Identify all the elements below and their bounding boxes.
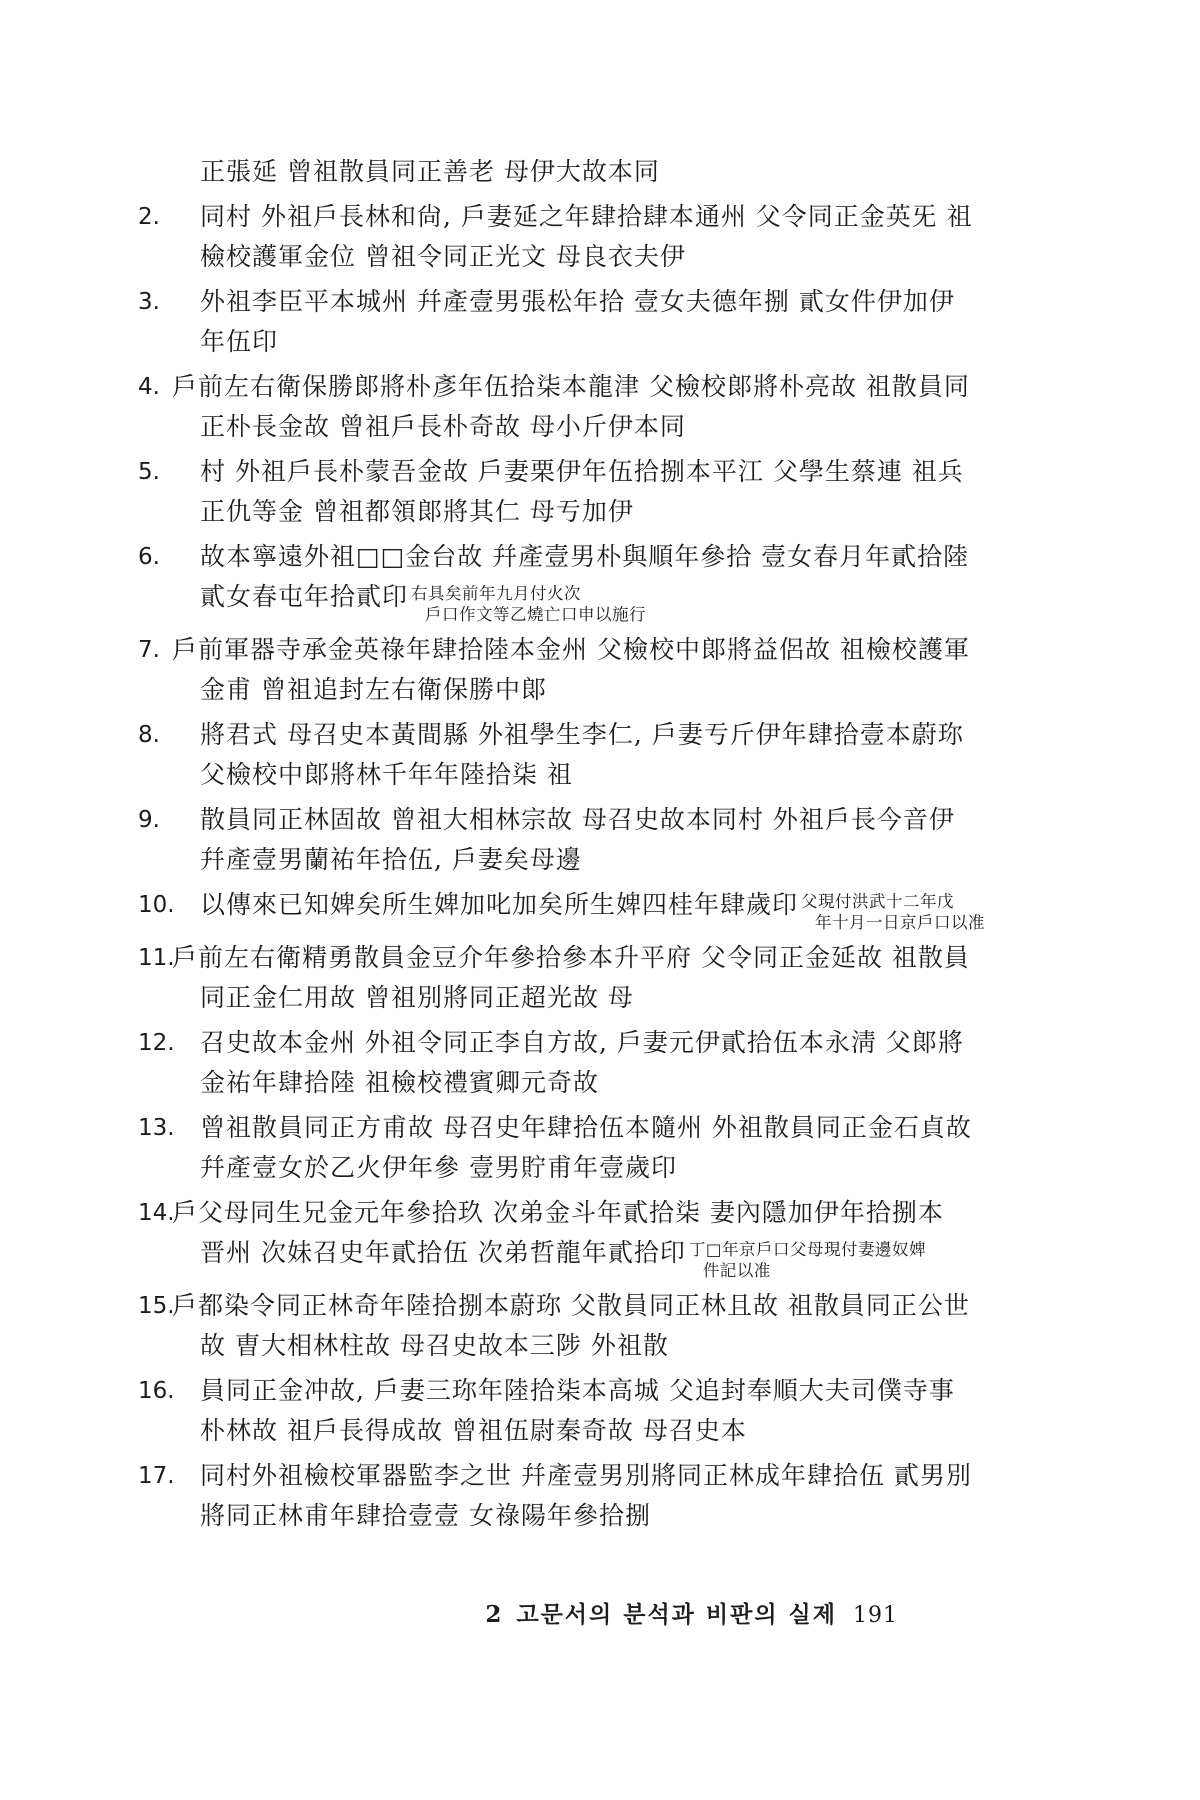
item-line-text: 晋州 次妹召史年貳拾伍 次弟哲龍年貳拾印 — [200, 1238, 686, 1267]
item-lines: 戶前左右衛保勝郞將朴彥年伍拾柒本龍津 父檢校郞將朴亮故 祖散員同正朴長金故 曾祖… — [200, 367, 1200, 447]
annotation-note-line: 右具矣前年九月付火次 — [411, 583, 646, 604]
item-number: 16. — [138, 1371, 175, 1411]
footer-title: 고문서의 분석과 비판의 실제 — [516, 1601, 837, 1628]
item-lines: 故本寧遠外祖□□金台故 幷產壹男朴與順年參拾 壹女春月年貳拾陸貳女春屯年拾貳印右… — [200, 537, 1200, 625]
item-line: 散員同正林固故 曾祖大相林宗故 母召史故本同村 外祖戶長今音伊 — [200, 800, 1200, 840]
annotation-note: 父現付洪武十二年戊年十月一日京戶口以准 — [801, 891, 985, 933]
footer-section-number: 2 — [485, 1601, 502, 1628]
item-number: 14. — [138, 1193, 175, 1233]
item-lines: 戶父母同生兄金元年參拾玖 次弟金斗年貳拾柒 妻內隱加伊年拾捌本晋州 次妹召史年貳… — [200, 1193, 1200, 1281]
list-item: 13. 曾祖散員同正方甫故 母召史年肆拾伍本隨州 外祖散員同正金石貞故幷產壹女於… — [0, 1108, 1200, 1188]
item-line-text: 將君式 母召史本黃間縣 外祖學生李仁, 戶妻亐斤伊年肆拾壹本蔚珎 — [200, 720, 964, 749]
item-line: 正仇等金 曾祖都領郞將其仁 母亐加伊 — [200, 492, 1200, 532]
list-item: 8. 將君式 母召史本黃間縣 外祖學生李仁, 戶妻亐斤伊年肆拾壹本蔚珎父檢校中郞… — [0, 715, 1200, 795]
item-lines: 同村 外祖戶長林和尙, 戶妻延之年肆拾肆本通州 父令同正金英旡 祖檢校護軍金位 … — [200, 197, 1200, 277]
item-line: 朴林故 祖戶長得成故 曾祖伍尉秦奇故 母召史本 — [200, 1411, 1200, 1451]
item-line: 曾祖散員同正方甫故 母召史年肆拾伍本隨州 外祖散員同正金石貞故 — [200, 1108, 1200, 1148]
list-item: 12. 召史故本金州 外祖令同正李自方故, 戶妻元伊貳拾伍本永淸 父郞將金祐年肆… — [0, 1023, 1200, 1103]
list-item: 14. 戶父母同生兄金元年參拾玖 次弟金斗年貳拾柒 妻內隱加伊年拾捌本晋州 次妹… — [0, 1193, 1200, 1281]
item-line-text: 檢校護軍金位 曾祖令同正光文 母良衣夫伊 — [200, 242, 686, 271]
item-number: 7. — [138, 630, 160, 670]
item-number: 17. — [138, 1456, 175, 1496]
item-number: 9. — [138, 800, 160, 840]
list-item: 11. 戶前左右衛精勇散員金豆介年參拾參本升平府 父令同正金延故 祖散員同正金仁… — [0, 938, 1200, 1018]
item-line: 村 外祖戶長朴蒙吾金故 戶妻栗伊年伍拾捌本平江 父學生蔡連 祖兵 — [200, 452, 1200, 492]
item-line-text: 戶前左右衛保勝郞將朴彥年伍拾柒本龍津 父檢校郞將朴亮故 祖散員同 — [172, 372, 970, 401]
item-line-text: 戶前軍器寺承金英祿年肆拾陸本金州 父檢校中郞將益侶故 祖檢校護軍 — [172, 635, 970, 664]
footer-page-number: 191 — [853, 1603, 898, 1628]
item-line: 將同正林甫年肆拾壹壹 女祿陽年參拾捌 — [200, 1496, 1200, 1536]
item-number: 2. — [138, 197, 160, 237]
item-line-text: 金祐年肆拾陸 祖檢校禮賓卿元奇故 — [200, 1068, 599, 1097]
item-number: 13. — [138, 1108, 175, 1148]
list-item: 15. 戶都染令同正林奇年陸拾捌本蔚珎 父散員同正林且故 祖散員同正公世故 曺大… — [0, 1286, 1200, 1366]
item-number: 12. — [138, 1023, 175, 1063]
item-number: 8. — [138, 715, 160, 755]
item-line: 戶都染令同正林奇年陸拾捌本蔚珎 父散員同正林且故 祖散員同正公世 — [172, 1286, 1200, 1326]
annotation-note-line: 父現付洪武十二年戊 — [801, 891, 985, 912]
item-line: 金甫 曾祖追封左右衛保勝中郞 — [200, 670, 1200, 710]
item-lines: 散員同正林固故 曾祖大相林宗故 母召史故本同村 外祖戶長今音伊幷產壹男蘭祐年拾伍… — [200, 800, 1200, 880]
annotation-note-line: 件記以准 — [689, 1260, 926, 1281]
item-line-text: 同正金仁用故 曾祖別將同正超光故 母 — [200, 983, 634, 1012]
item-line-text: 以傳來已知婢矣所生婢加叱加矣所生婢四桂年肆歲印 — [200, 890, 798, 919]
item-lines: 同村外祖檢校軍器監李之世 幷產壹男別將同正林成年肆拾伍 貳男別將同正林甫年肆拾壹… — [200, 1456, 1200, 1536]
item-line: 員同正金冲故, 戶妻三珎年陸拾柒本高城 父追封奉順大夫司僕寺事 — [200, 1371, 1200, 1411]
item-line-text: 正朴長金故 曾祖戶長朴奇故 母小斤伊本同 — [200, 412, 686, 441]
list-item: 5. 村 外祖戶長朴蒙吾金故 戶妻栗伊年伍拾捌本平江 父學生蔡連 祖兵正仇等金 … — [0, 452, 1200, 532]
list-item: 17. 同村外祖檢校軍器監李之世 幷產壹男別將同正林成年肆拾伍 貳男別將同正林甫… — [0, 1456, 1200, 1536]
item-line-text: 同村 外祖戶長林和尙, 戶妻延之年肆拾肆本通州 父令同正金英旡 祖 — [200, 202, 973, 231]
item-line-text: 正仇等金 曾祖都領郞將其仁 母亐加伊 — [200, 497, 634, 526]
item-number: 3. — [138, 282, 160, 322]
document-body: 正張延 曾祖散員同正善老 母伊大故本同 2. 同村 外祖戶長林和尙, 戶妻延之年… — [0, 0, 1200, 1536]
item-lines: 將君式 母召史本黃間縣 外祖學生李仁, 戶妻亐斤伊年肆拾壹本蔚珎父檢校中郞將林千… — [200, 715, 1200, 795]
item-line-text: 召史故本金州 外祖令同正李自方故, 戶妻元伊貳拾伍本永淸 父郞將 — [200, 1028, 964, 1057]
item-line: 以傳來已知婢矣所生婢加叱加矣所生婢四桂年肆歲印父現付洪武十二年戊年十月一日京戶口… — [200, 885, 1200, 933]
item-number: 4. — [138, 367, 160, 407]
item-line: 同村外祖檢校軍器監李之世 幷產壹男別將同正林成年肆拾伍 貳男別 — [200, 1456, 1200, 1496]
item-line-text: 貳女春屯年拾貳印 — [200, 582, 408, 611]
item-line-text: 外祖李臣平本城州 幷產壹男張松年拾 壹女夫德年捌 貳女件伊加伊 — [200, 287, 955, 316]
item-line-text: 戶前左右衛精勇散員金豆介年參拾參本升平府 父令同正金延故 祖散員 — [172, 943, 970, 972]
item-line: 戶前左右衛保勝郞將朴彥年伍拾柒本龍津 父檢校郞將朴亮故 祖散員同 — [172, 367, 1200, 407]
list-item: 10. 以傳來已知婢矣所生婢加叱加矣所生婢四桂年肆歲印父現付洪武十二年戊年十月一… — [0, 885, 1200, 933]
item-line-text: 幷產壹男蘭祐年拾伍, 戶妻矣母邊 — [200, 845, 582, 874]
footer: 2고문서의 분석과 비판의 실제191 — [0, 1596, 898, 1629]
item-lines: 外祖李臣平本城州 幷產壹男張松年拾 壹女夫德年捌 貳女件伊加伊年伍印 — [200, 282, 1200, 362]
item-line-text: 散員同正林固故 曾祖大相林宗故 母召史故本同村 外祖戶長今音伊 — [200, 805, 955, 834]
item-lines: 戶前軍器寺承金英祿年肆拾陸本金州 父檢校中郞將益侶故 祖檢校護軍金甫 曾祖追封左… — [200, 630, 1200, 710]
item-line: 同正金仁用故 曾祖別將同正超光故 母 — [200, 978, 1200, 1018]
list-item: 6. 故本寧遠外祖□□金台故 幷產壹男朴與順年參拾 壹女春月年貳拾陸貳女春屯年拾… — [0, 537, 1200, 625]
list-item: 9. 散員同正林固故 曾祖大相林宗故 母召史故本同村 外祖戶長今音伊幷產壹男蘭祐… — [0, 800, 1200, 880]
item-line: 金祐年肆拾陸 祖檢校禮賓卿元奇故 — [200, 1063, 1200, 1103]
list-item: 4. 戶前左右衛保勝郞將朴彥年伍拾柒本龍津 父檢校郞將朴亮故 祖散員同正朴長金故… — [0, 367, 1200, 447]
item-line: 正朴長金故 曾祖戶長朴奇故 母小斤伊本同 — [200, 407, 1200, 447]
list-item: 7. 戶前軍器寺承金英祿年肆拾陸本金州 父檢校中郞將益侶故 祖檢校護軍金甫 曾祖… — [0, 630, 1200, 710]
item-line-text: 村 外祖戶長朴蒙吾金故 戶妻栗伊年伍拾捌本平江 父學生蔡連 祖兵 — [200, 457, 964, 486]
item-line: 幷產壹女於乙火伊年參 壹男貯甫年壹歲印 — [200, 1148, 1200, 1188]
item-line-text: 同村外祖檢校軍器監李之世 幷產壹男別將同正林成年肆拾伍 貳男別 — [200, 1461, 972, 1490]
item-line: 檢校護軍金位 曾祖令同正光文 母良衣夫伊 — [200, 237, 1200, 277]
item-line: 外祖李臣平本城州 幷產壹男張松年拾 壹女夫德年捌 貳女件伊加伊 — [200, 282, 1200, 322]
item-number: 5. — [138, 452, 160, 492]
item-lines: 戶前左右衛精勇散員金豆介年參拾參本升平府 父令同正金延故 祖散員同正金仁用故 曾… — [200, 938, 1200, 1018]
item-number: 10. — [138, 885, 175, 925]
annotation-note-line: 年十月一日京戶口以准 — [801, 912, 985, 933]
item-line-text: 曾祖散員同正方甫故 母召史年肆拾伍本隨州 外祖散員同正金石貞故 — [200, 1113, 972, 1142]
item-line: 年伍印 — [200, 322, 1200, 362]
item-line-text: 幷產壹女於乙火伊年參 壹男貯甫年壹歲印 — [200, 1153, 677, 1182]
annotation-note: 右具矣前年九月付火次戶口作文等乙燒亡口申以施行 — [411, 583, 646, 625]
annotation-note-line: 戶口作文等乙燒亡口申以施行 — [411, 604, 646, 625]
item-number: 11. — [138, 938, 175, 978]
annotation-note-line: 丁□年京戶口父母現付妻邊奴婢 — [689, 1239, 926, 1260]
list-item: 16. 員同正金冲故, 戶妻三珎年陸拾柒本高城 父追封奉順大夫司僕寺事朴林故 祖… — [0, 1371, 1200, 1451]
list-item: 3. 外祖李臣平本城州 幷產壹男張松年拾 壹女夫德年捌 貳女件伊加伊年伍印 — [0, 282, 1200, 362]
document-page: 正張延 曾祖散員同正善老 母伊大故本同 2. 同村 外祖戶長林和尙, 戶妻延之年… — [0, 0, 1200, 1800]
item-number: 15. — [138, 1286, 175, 1326]
item-line: 貳女春屯年拾貳印右具矣前年九月付火次戶口作文等乙燒亡口申以施行 — [200, 577, 1200, 625]
item-line: 將君式 母召史本黃間縣 外祖學生李仁, 戶妻亐斤伊年肆拾壹本蔚珎 — [200, 715, 1200, 755]
item-line-text: 朴林故 祖戶長得成故 曾祖伍尉秦奇故 母召史本 — [200, 1416, 747, 1445]
item-line-text: 金甫 曾祖追封左右衛保勝中郞 — [200, 675, 547, 704]
continuation-line: 正張延 曾祖散員同正善老 母伊大故本同 — [0, 152, 1200, 192]
item-lines: 戶都染令同正林奇年陸拾捌本蔚珎 父散員同正林且故 祖散員同正公世故 曺大相林柱故… — [200, 1286, 1200, 1366]
item-line-text: 將同正林甫年肆拾壹壹 女祿陽年參拾捌 — [200, 1501, 651, 1530]
item-line-text: 戶父母同生兄金元年參拾玖 次弟金斗年貳拾柒 妻內隱加伊年拾捌本 — [172, 1198, 944, 1227]
item-line: 故 曺大相林柱故 母召史故本三陟 外祖散 — [200, 1326, 1200, 1366]
item-line-text: 年伍印 — [200, 327, 278, 356]
item-line: 戶前軍器寺承金英祿年肆拾陸本金州 父檢校中郞將益侶故 祖檢校護軍 — [172, 630, 1200, 670]
item-line: 幷產壹男蘭祐年拾伍, 戶妻矣母邊 — [200, 840, 1200, 880]
list-item: 2. 同村 外祖戶長林和尙, 戶妻延之年肆拾肆本通州 父令同正金英旡 祖檢校護軍… — [0, 197, 1200, 277]
item-list: 2. 同村 外祖戶長林和尙, 戶妻延之年肆拾肆本通州 父令同正金英旡 祖檢校護軍… — [0, 197, 1200, 1536]
item-line: 召史故本金州 外祖令同正李自方故, 戶妻元伊貳拾伍本永淸 父郞將 — [200, 1023, 1200, 1063]
item-number: 6. — [138, 537, 160, 577]
item-lines: 以傳來已知婢矣所生婢加叱加矣所生婢四桂年肆歲印父現付洪武十二年戊年十月一日京戶口… — [200, 885, 1200, 933]
item-lines: 員同正金冲故, 戶妻三珎年陸拾柒本高城 父追封奉順大夫司僕寺事朴林故 祖戶長得成… — [200, 1371, 1200, 1451]
annotation-note: 丁□年京戶口父母現付妻邊奴婢件記以准 — [689, 1239, 926, 1281]
item-line: 父檢校中郞將林千年年陸拾柒 祖 — [200, 755, 1200, 795]
item-line-text: 戶都染令同正林奇年陸拾捌本蔚珎 父散員同正林且故 祖散員同正公世 — [172, 1291, 970, 1320]
item-line: 晋州 次妹召史年貳拾伍 次弟哲龍年貳拾印丁□年京戶口父母現付妻邊奴婢件記以准 — [200, 1233, 1200, 1281]
item-line: 戶前左右衛精勇散員金豆介年參拾參本升平府 父令同正金延故 祖散員 — [172, 938, 1200, 978]
item-lines: 村 外祖戶長朴蒙吾金故 戶妻栗伊年伍拾捌本平江 父學生蔡連 祖兵正仇等金 曾祖都… — [200, 452, 1200, 532]
item-lines: 召史故本金州 外祖令同正李自方故, 戶妻元伊貳拾伍本永淸 父郞將金祐年肆拾陸 祖… — [200, 1023, 1200, 1103]
item-line-text: 故本寧遠外祖□□金台故 幷產壹男朴與順年參拾 壹女春月年貳拾陸 — [200, 542, 969, 571]
item-line-text: 父檢校中郞將林千年年陸拾柒 祖 — [200, 760, 573, 789]
item-lines: 曾祖散員同正方甫故 母召史年肆拾伍本隨州 外祖散員同正金石貞故幷產壹女於乙火伊年… — [200, 1108, 1200, 1188]
item-line-text: 故 曺大相林柱故 母召史故本三陟 外祖散 — [200, 1331, 669, 1360]
item-line-text: 員同正金冲故, 戶妻三珎年陸拾柒本高城 父追封奉順大夫司僕寺事 — [200, 1376, 955, 1405]
item-line: 故本寧遠外祖□□金台故 幷產壹男朴與順年參拾 壹女春月年貳拾陸 — [200, 537, 1200, 577]
item-line: 同村 外祖戶長林和尙, 戶妻延之年肆拾肆本通州 父令同正金英旡 祖 — [200, 197, 1200, 237]
item-line: 戶父母同生兄金元年參拾玖 次弟金斗年貳拾柒 妻內隱加伊年拾捌本 — [172, 1193, 1200, 1233]
